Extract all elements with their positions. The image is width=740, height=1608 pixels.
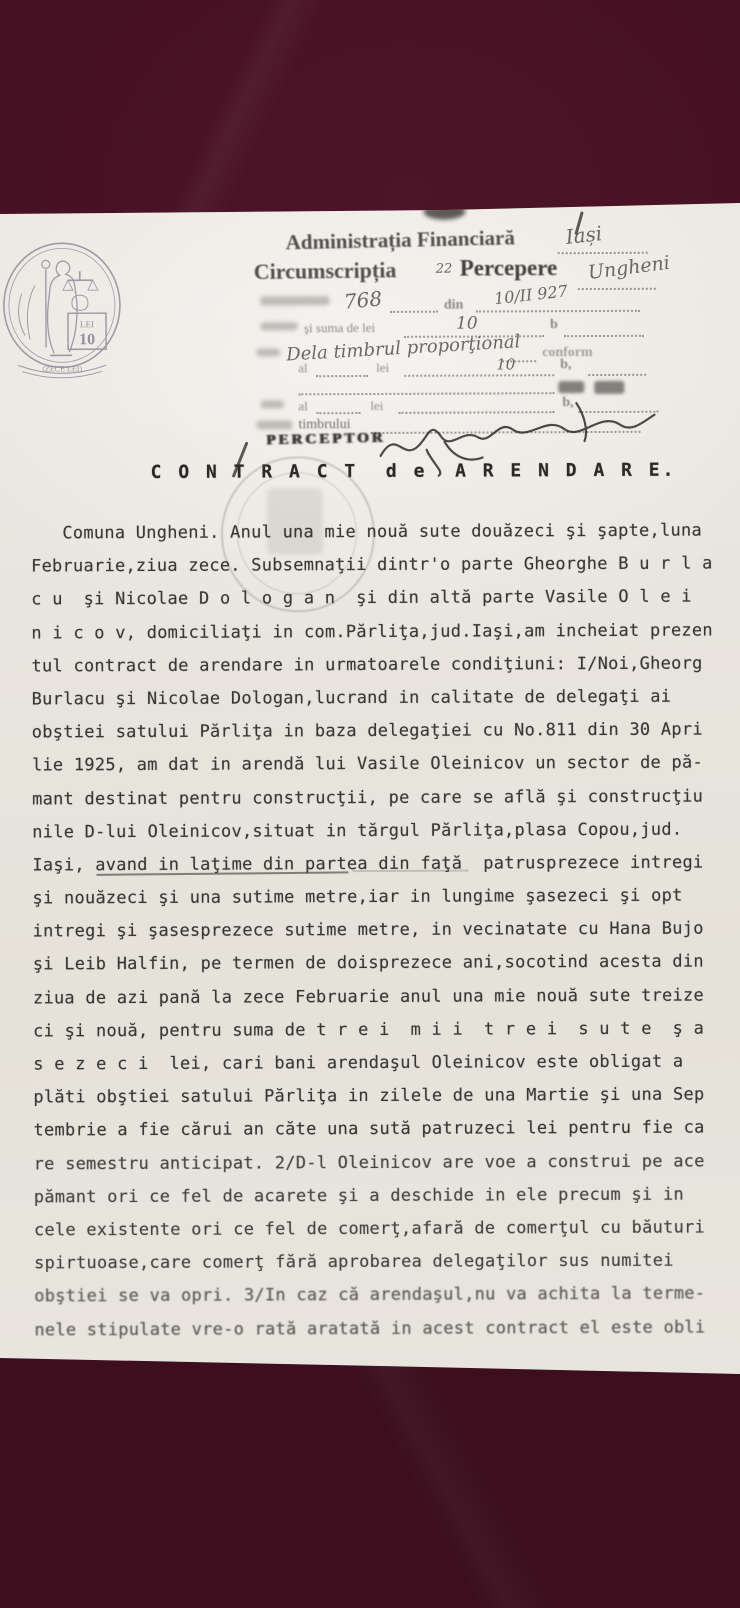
- contract-line: nele stipulate vre-o rată aratată in ace…: [34, 1311, 740, 1347]
- photo-of-document: { "photo": { "background_color": "#45112…: [0, 0, 740, 1608]
- fill-line: [390, 310, 438, 313]
- illegible-print-smear: [260, 322, 298, 330]
- illegible-print-smear: [260, 400, 284, 408]
- contract-line: tembrie a fie cărui an căte una sută pat…: [33, 1112, 740, 1148]
- contract-line: ci şi nouă, pentru suma de t r e i m i i…: [33, 1012, 740, 1048]
- fill-line: [316, 374, 368, 377]
- contract-line: nile D-lui Oleinicov,situat in tărgul Pă…: [32, 813, 740, 849]
- fill-line: [298, 391, 554, 395]
- contract-line: n i c o v, domiciliaţi in com.Părliţa,ju…: [31, 614, 739, 650]
- contract-line: mant destinat pentru construcţii, pe car…: [32, 780, 740, 816]
- circumscription-number: 22: [436, 262, 453, 277]
- fill-line: [578, 287, 656, 290]
- contract-body: Comuna Ungheni. Anul una mie nouă sute d…: [31, 514, 740, 1347]
- fill-line: [564, 334, 644, 337]
- lei-value-handwritten: 10: [496, 355, 515, 373]
- contract-line: re semestru anticipat. 2/D-l Oleinicov a…: [34, 1145, 740, 1181]
- contract-line: obştiei satului Părliţa in baza delegaţi…: [32, 714, 740, 750]
- lei2-al-label: al: [298, 398, 307, 414]
- fill-line: [588, 373, 646, 376]
- contract-line: plăti obştiei satului Părliţa in zilele …: [33, 1079, 740, 1115]
- receipt-number-handwritten: 768: [343, 286, 383, 313]
- receipt-date-handwritten: 10/II 927: [493, 281, 569, 308]
- contract-line: şi nouăzeci şi una sutime metre,iar in l…: [32, 879, 740, 915]
- contract-line: pămant ori ce fel de acarete şi a deschi…: [34, 1178, 740, 1214]
- suma-label: şi suma de lei: [304, 320, 375, 336]
- lei-label: lei: [376, 360, 389, 376]
- document-content: LEI 10 (ZECE LEI) Administrația Financia…: [0, 0, 740, 1608]
- contract-line: cele existente ori ce fel de comerţ,afar…: [34, 1211, 740, 1247]
- contract-line: Burlacu şi Nicolae Dologan,lucrand in ca…: [32, 680, 740, 716]
- fill-line: [404, 373, 554, 377]
- receipt-din-label: din: [444, 298, 464, 314]
- suma-value-handwritten: 10: [456, 314, 478, 334]
- illegible-print-smear: [260, 296, 330, 305]
- contract-line: Februarie,ziua zece. Subsemnaţii dintr'o…: [31, 548, 739, 584]
- fill-line: [558, 251, 648, 254]
- ink-smudge: [558, 381, 584, 393]
- document-sheet: LEI 10 (ZECE LEI) Administrația Financia…: [0, 0, 740, 1608]
- percepere-handwritten: Ungheni: [587, 252, 671, 284]
- lei-suffix-label: b,: [560, 357, 571, 373]
- letterhead-percepere: Percepere: [460, 255, 558, 281]
- suma-suffix-label: b: [550, 317, 558, 333]
- letterhead-circumscription: Circumscripția: [254, 257, 397, 285]
- contract-line: spirtuoase,care comerţ fără aprobarea de…: [34, 1245, 740, 1281]
- letterhead-agency-handwritten: Iași: [564, 221, 603, 249]
- stamp-value-label: 10: [79, 331, 95, 348]
- contract-line: s e z e c i lei, cari bani arendaşul Ole…: [33, 1045, 740, 1081]
- contract-line: şi Leib Halfin, pe termen de doisprezece…: [33, 946, 740, 982]
- document-title: C O N T R A C T d e A R E N D A R E.: [151, 460, 677, 483]
- contract-line: tul contract de arendare in urmatoarele …: [31, 647, 739, 683]
- contract-line: intregi şi şasesprezece sutime metre, in…: [33, 913, 740, 949]
- fill-line: [476, 309, 640, 313]
- contract-line: Iaşi, avand in laţime din partea din faţ…: [32, 846, 740, 882]
- illegible-print-smear: [256, 348, 280, 356]
- stamp-banner-label: (ZECE LEI): [42, 364, 82, 373]
- revenue-stamp-seal-icon: LEI 10 (ZECE LEI): [0, 237, 128, 390]
- letterhead-agency: Administrația Financiară: [285, 225, 515, 255]
- contract-line: Comuna Ungheni. Anul una mie nouă sute d…: [31, 514, 739, 550]
- stamp-currency-label: LEI: [80, 319, 94, 329]
- ink-blot-top-edge: [423, 204, 465, 220]
- contract-line: ziua de azi pană la zece Februarie anul …: [33, 979, 740, 1015]
- contract-line: c u şi Nicolae D o l o g a n şi din altă…: [31, 581, 739, 617]
- ink-smudge: [594, 381, 624, 394]
- contract-line: obştiei se va opri. 3/In caz că arendaşu…: [34, 1278, 740, 1314]
- lei-al-label: al: [298, 360, 307, 376]
- contract-line: lie 1925, am dat in arendă lui Vasile Ol…: [32, 747, 740, 783]
- illegible-print-smear: [256, 420, 292, 429]
